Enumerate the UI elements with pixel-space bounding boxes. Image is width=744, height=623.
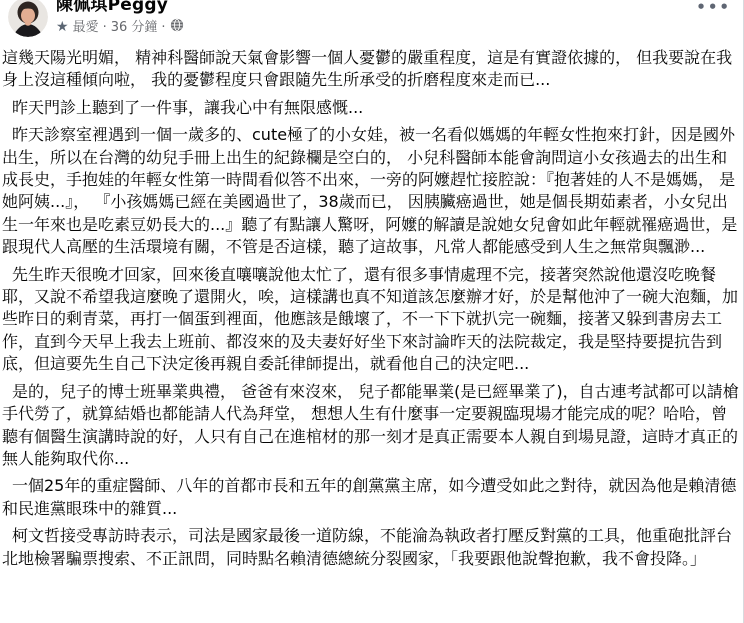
post-header: 陳佩琪Peggy ★ 最愛 · 36 分鐘 ·: [0, 0, 743, 44]
post-text: 這幾天陽光明媚， 精神科醫師說天氣會影響一個人憂鬱的嚴重程度，這是有實證依據的，…: [0, 44, 743, 570]
meta-separator: ·: [103, 19, 107, 36]
post-paragraph: 先生昨天很晚才回家，回來後直嚷嚷說他太忙了，還有很多事情處理不完，接著突然說他還…: [2, 264, 740, 376]
post-paragraph: 一個25年的重症醫師、八年的首都市長和五年的創黨黨主席，如今遭受如此之對待，就因…: [2, 475, 740, 520]
favorites-star-icon: ★: [56, 20, 69, 34]
post-paragraph: 這幾天陽光明媚， 精神科醫師說天氣會影響一個人憂鬱的嚴重程度，這是有實證依據的，…: [2, 47, 740, 92]
meta-separator: ·: [161, 19, 165, 36]
avatar-photo: [8, 0, 48, 37]
author-name[interactable]: 陳佩琪Peggy: [56, 0, 184, 15]
timestamp[interactable]: 36 分鐘: [111, 19, 158, 36]
globe-icon: [170, 18, 184, 37]
post-paragraph: 昨天門診上聽到了一件事，讓我心中有無限感慨...: [2, 97, 740, 119]
post-paragraph: 柯文哲接受專訪時表示，司法是國家最後一道防線，不能淪為執政者打壓反對黨的工具，他…: [2, 525, 740, 570]
post-meta: ★ 最愛 · 36 分鐘 ·: [56, 17, 184, 37]
facebook-post: 陳佩琪Peggy ★ 最愛 · 36 分鐘 ·: [0, 0, 744, 623]
more-options-button[interactable]: •••: [696, 0, 731, 14]
header-text: 陳佩琪Peggy ★ 最愛 · 36 分鐘 ·: [56, 0, 184, 37]
post-paragraph: 昨天診察室裡遇到一個一歲多的、cute極了的小女娃，被一名看似媽媽的年輕女性抱來…: [2, 124, 740, 258]
post-paragraph: 是的，兒子的博士班畢業典禮， 爸爸有來沒來， 兒子都能畢業(是已經畢業了)，自古…: [2, 381, 740, 471]
privacy-label: 最愛: [73, 19, 99, 36]
avatar[interactable]: [8, 0, 48, 37]
